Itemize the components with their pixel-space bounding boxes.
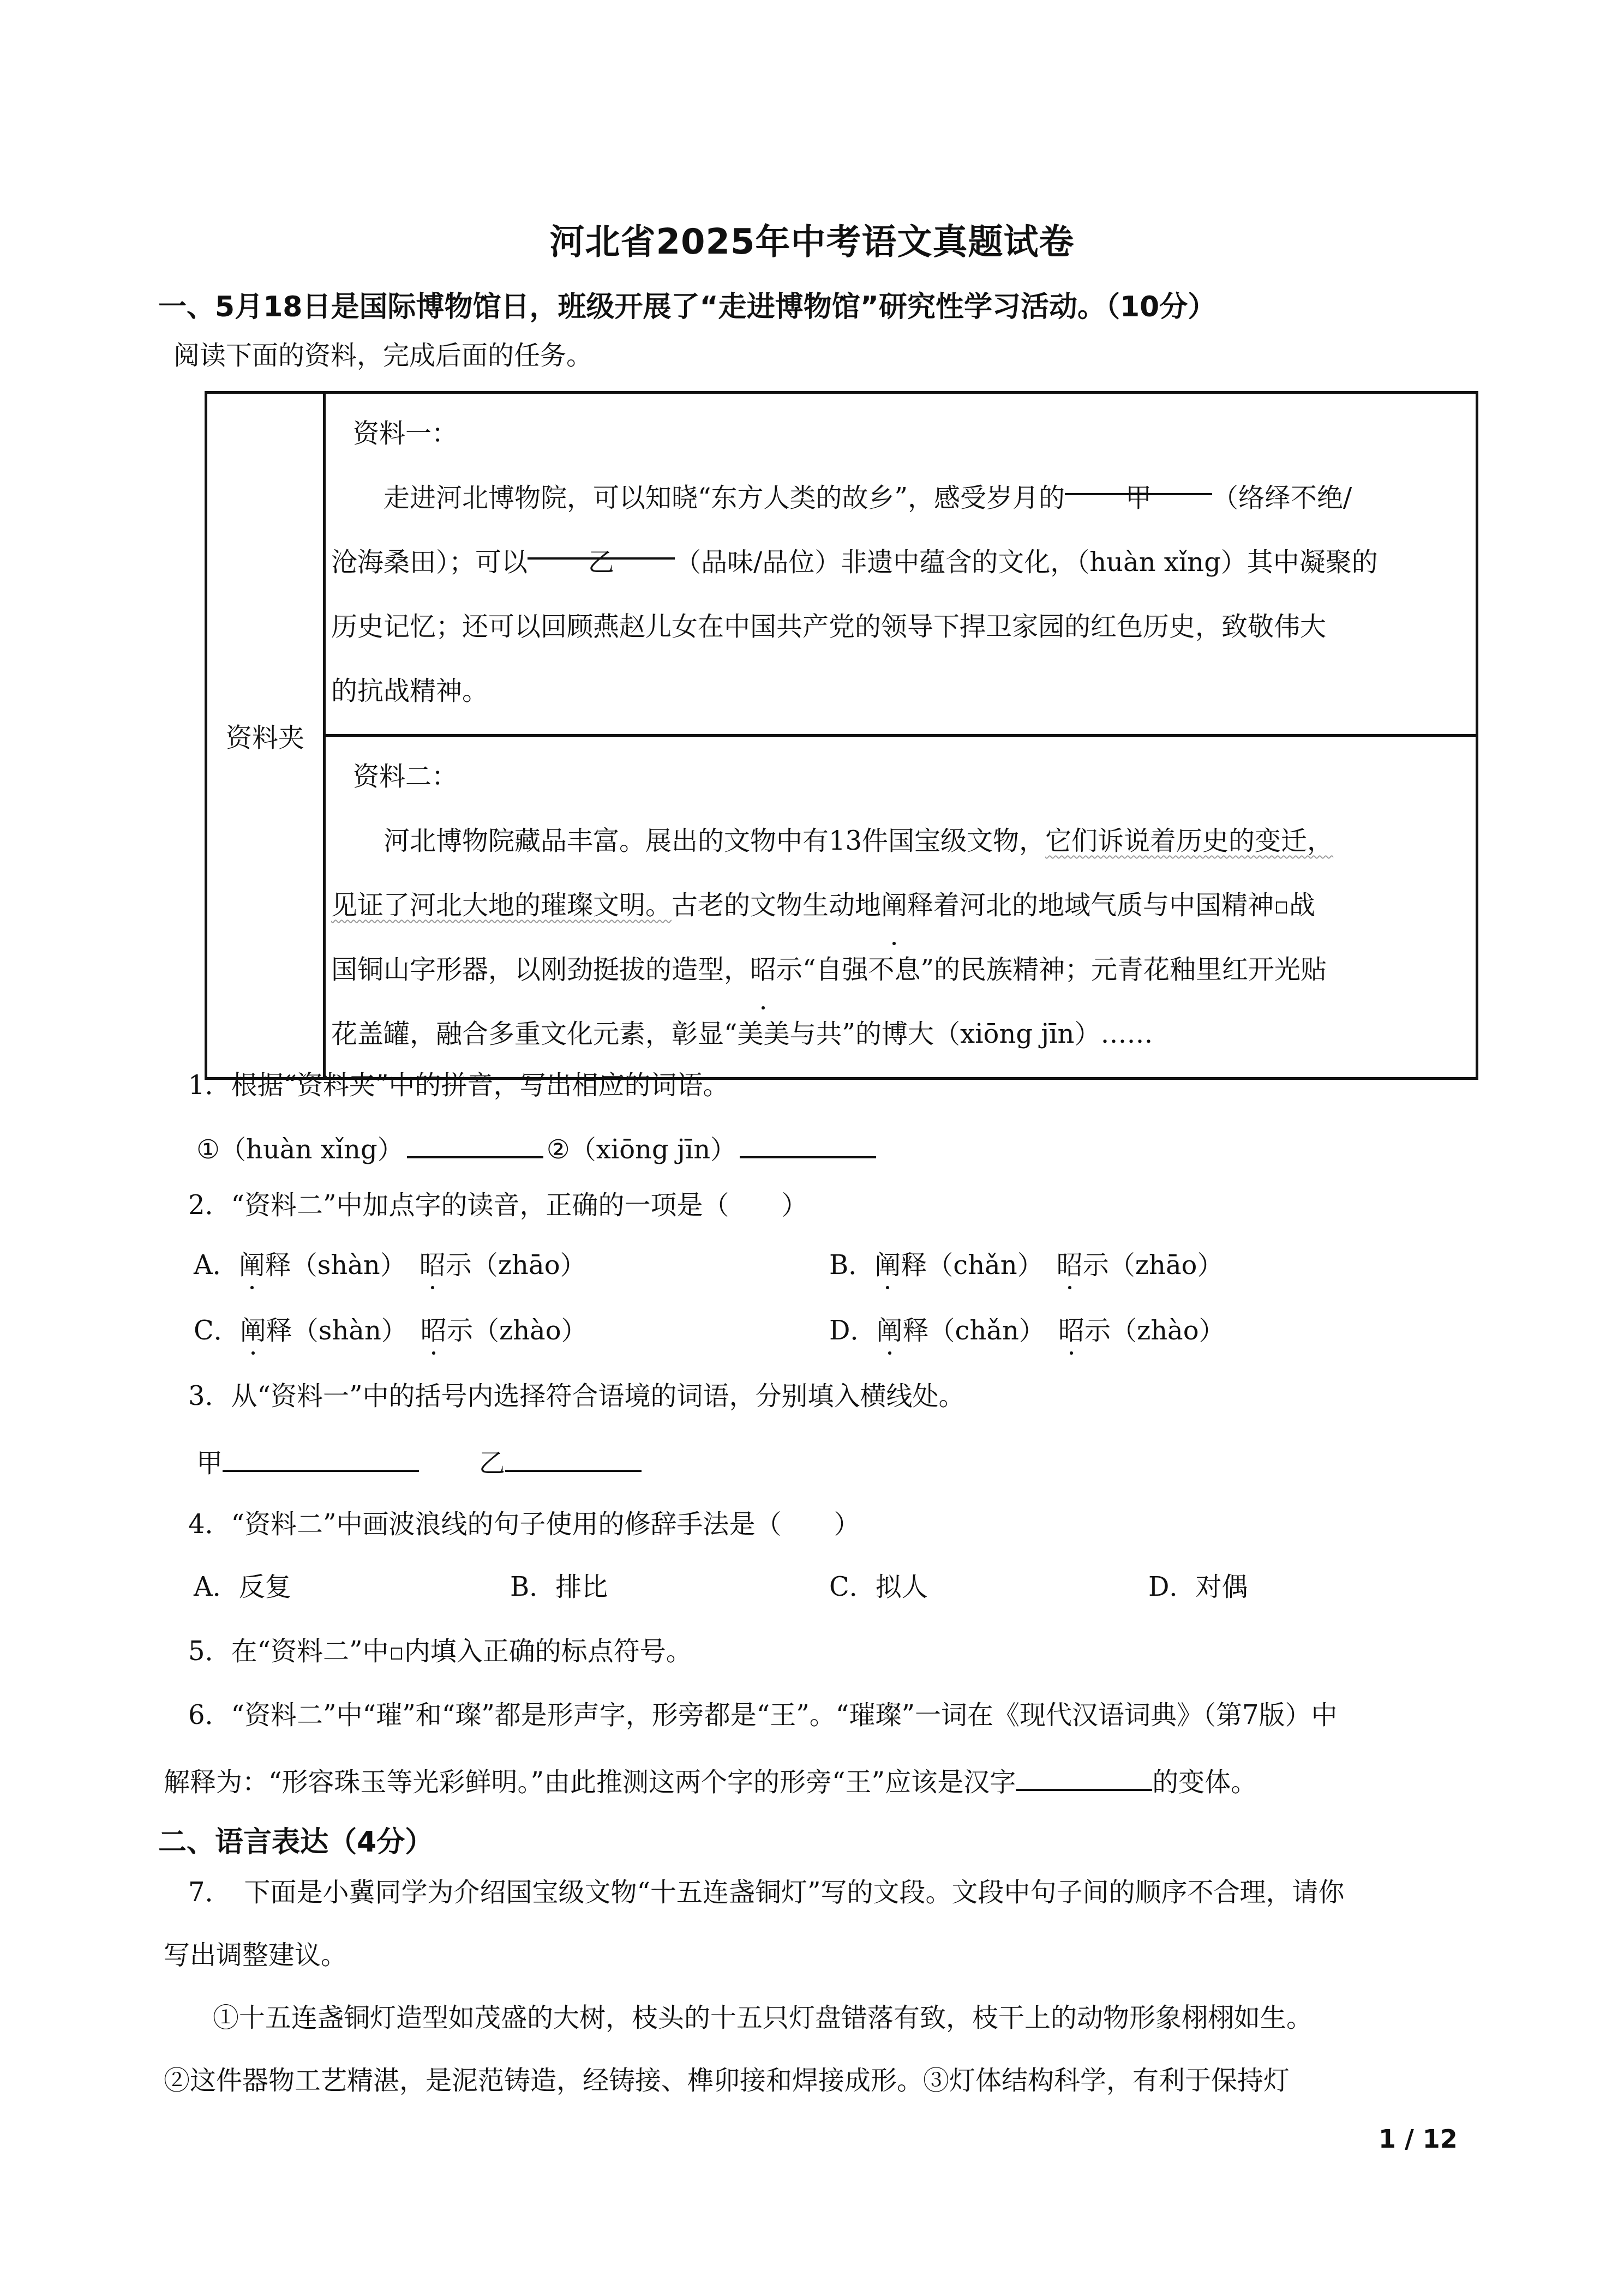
option-c[interactable]: C．阐释（shàn） 昭示（zhào） — [194, 1314, 588, 1347]
option-c[interactable]: C．拟人 — [829, 1571, 928, 1603]
section-1-intro: 阅读下面的资料，完成后面的任务。 — [173, 339, 592, 372]
option-a[interactable]: A．阐释（shàn） 昭示（zhāo） — [194, 1249, 586, 1282]
material-2-title: 资料二： — [331, 744, 1476, 809]
option-d[interactable]: D．阐释（chǎn） 昭示（zhào） — [829, 1314, 1225, 1347]
page-title: 河北省2025年中考语文真题试卷 — [0, 214, 1624, 264]
material-1-line: 的抗战精神。 — [331, 659, 1476, 723]
question-3-stem: 3．从“资料一”中的括号内选择符合语境的词语，分别填入横线处。 — [188, 1380, 965, 1413]
folder-label: 资料夹 — [206, 393, 325, 1079]
blank-yi[interactable]: 乙 — [528, 530, 675, 560]
answer-blank-2[interactable] — [740, 1129, 876, 1158]
question-1-stem: 1．根据“资料夹”中的拼音，写出相应的词语。 — [188, 1069, 729, 1102]
material-2-line: 花盖罐，融合多重文化元素，彰显“美美与共”的博大（xiōng jīn）…… — [331, 1002, 1476, 1066]
option-a[interactable]: A．反复 — [194, 1571, 291, 1603]
material-1-line: 历史记忆；还可以回顾燕赵儿女在中国共产党的领导下捍卫家园的红色历史，致敬伟大 — [331, 594, 1476, 659]
material-folder-table: 资料夹 资料一： 走进河北博物院，可以知晓“东方人类的故乡”，感受岁月的甲（络绎… — [205, 391, 1478, 1080]
answer-blank-yi[interactable] — [505, 1442, 642, 1472]
material-1-title: 资料一： — [331, 401, 1476, 466]
question-2-stem: 2．“资料二”中加点字的读音，正确的一项是（ ） — [188, 1189, 808, 1222]
option-d[interactable]: D．对偶 — [1148, 1571, 1248, 1603]
question-4-stem: 4．“资料二”中画波浪线的句子使用的修辞手法是（ ） — [188, 1508, 860, 1541]
material-1-line: 沧海桑田）；可以乙（品味/品位）非遗中蕴含的文化，（huàn xǐng）其中凝聚… — [331, 530, 1476, 594]
answer-blank-jia[interactable] — [223, 1442, 419, 1472]
question-3-answers: 甲乙 — [196, 1442, 642, 1480]
dotted-char: 昭 — [750, 937, 776, 1002]
question-7-paragraph-2: ②这件器物工艺精湛，是泥范铸造，经铸接、榫卯接和焊接成形。③灯体结构科学，有利于… — [164, 2064, 1290, 2097]
option-b[interactable]: B．排比 — [510, 1571, 608, 1603]
material-2: 资料二： 河北博物院藏品丰富。展出的文物中有13件国宝级文物，它们诉说着历史的变… — [325, 736, 1477, 1079]
answer-blank-1[interactable] — [407, 1129, 543, 1158]
punctuation-box-icon — [391, 1648, 402, 1660]
question-7-line-1: 7． 下面是小冀同学为介绍国宝级文物“十五连盏铜灯”写的文段。文段中句子间的顺序… — [188, 1876, 1345, 1909]
question-5-stem: 5．在“资料二”中内填入正确的标点符号。 — [188, 1635, 692, 1668]
question-1-answers: ①（huàn xǐng）②（xiōng jīn） — [196, 1129, 876, 1166]
option-b[interactable]: B．阐释（chǎn） 昭示（zhāo） — [829, 1249, 1223, 1282]
question-7-line-2: 写出调整建议。 — [164, 1939, 347, 1972]
wavy-sentence: 见证了河北大地的璀璨文明。 — [331, 890, 672, 921]
exam-page: 河北省2025年中考语文真题试卷 一、5月18日是国际博物馆日，班级开展了“走进… — [0, 0, 1624, 2296]
section-1-heading: 一、5月18日是国际博物馆日，班级开展了“走进博物馆”研究性学习活动。（10分） — [158, 284, 1216, 324]
question-6-line-1: 6．“资料二”中“璀”和“璨”都是形声字，形旁都是“王”。“璀璨”一词在《现代汉… — [188, 1699, 1337, 1732]
question-6-line-2: 解释为：“形容珠玉等光彩鲜明。”由此推测这两个字的形旁“王”应该是汉字的变体。 — [164, 1762, 1257, 1799]
material-2-line: 国铜山字形器，以刚劲挺拔的造型，昭示“自强不息”的民族精神；元青花釉里红开光贴 — [331, 937, 1476, 1002]
material-1: 资料一： 走进河北博物院，可以知晓“东方人类的故乡”，感受岁月的甲（络绎不绝/ … — [325, 393, 1477, 736]
dotted-char: 阐 — [881, 873, 907, 937]
question-7-paragraph-1: ①十五连盏铜灯造型如茂盛的大树，枝头的十五只灯盘错落有致，枝干上的动物形象栩栩如… — [213, 2002, 1313, 2034]
wavy-sentence: 它们诉说着历史的变迁， — [1045, 826, 1333, 856]
blank-jia[interactable]: 甲 — [1065, 466, 1212, 495]
material-2-line: 见证了河北大地的璀璨文明。古老的文物生动地阐释着河北的地域气质与中国精神战 — [331, 873, 1476, 937]
material-2-line: 河北博物院藏品丰富。展出的文物中有13件国宝级文物，它们诉说着历史的变迁， — [331, 809, 1476, 873]
answer-blank-6[interactable] — [1016, 1762, 1152, 1791]
section-2-heading: 二、语言表达（4分） — [158, 1819, 433, 1860]
page-number: 1 / 12 — [1379, 2124, 1458, 2154]
material-1-line: 走进河北博物院，可以知晓“东方人类的故乡”，感受岁月的甲（络绎不绝/ — [331, 466, 1476, 530]
punctuation-box[interactable] — [1276, 901, 1287, 913]
